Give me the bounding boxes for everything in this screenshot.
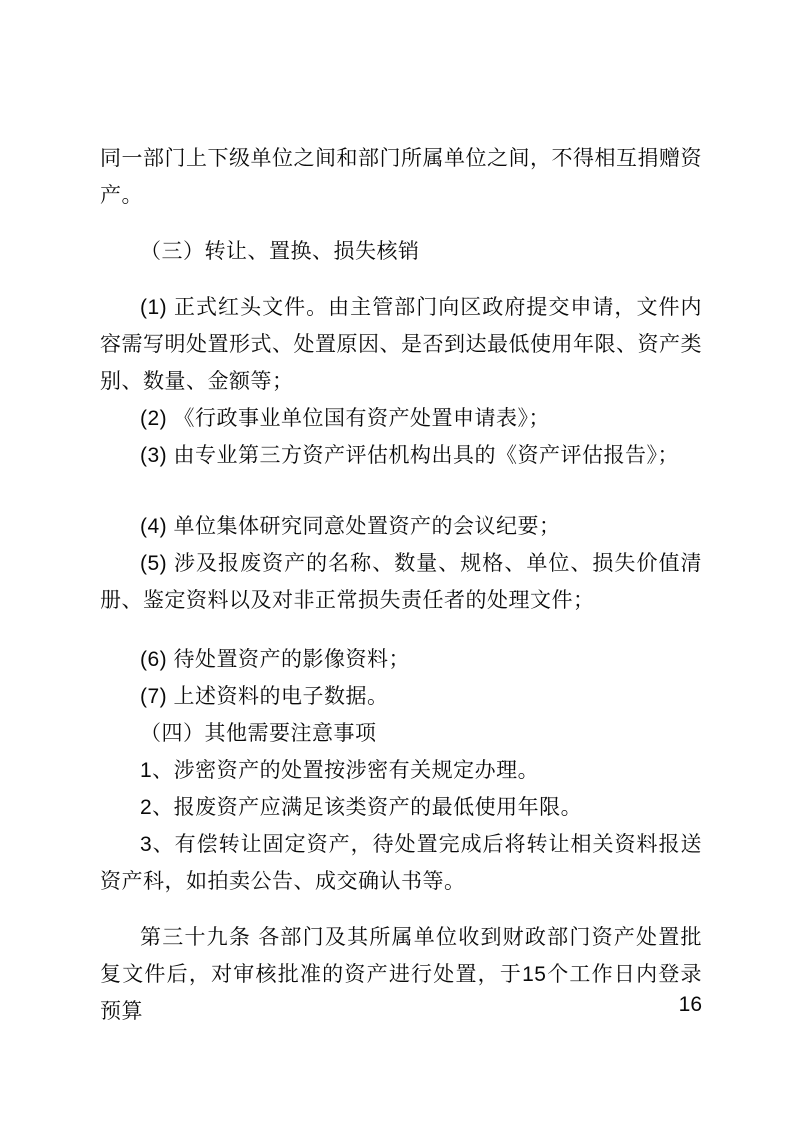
section-heading-4: （四）其他需要注意事项: [100, 715, 702, 752]
note-item-2: 2、报废资产应满足该类资产的最低使用年限。: [100, 789, 702, 826]
body-paragraph-continuation: 同一部门上下级单位之间和部门所属单位之间，不得相互捐赠资产。: [100, 140, 702, 214]
list-item-6: (6) 待处置资产的影像资料；: [100, 641, 702, 678]
section-heading-3: （三）转让、置换、损失核销: [100, 233, 702, 270]
list-item-7: (7) 上述资料的电子数据。: [100, 678, 702, 715]
list-item-1: (1) 正式红头文件。由主管部门向区政府提交申请，文件内容需写明处置形式、处置原…: [100, 289, 702, 400]
list-item-5: (5) 涉及报废资产的名称、数量、规格、单位、损失价值清册、鉴定资料以及对非正常…: [100, 545, 702, 619]
note-item-1: 1、涉密资产的处置按涉密有关规定办理。: [100, 752, 702, 789]
document-body: 同一部门上下级单位之间和部门所属单位之间，不得相互捐赠资产。 （三）转让、置换、…: [100, 140, 702, 1030]
note-item-3: 3、有偿转让固定资产，待处置完成后将转让相关资料报送资产科，如拍卖公告、成交确认…: [100, 826, 702, 900]
document-page: 同一部门上下级单位之间和部门所属单位之间，不得相互捐赠资产。 （三）转让、置换、…: [0, 0, 793, 1122]
list-item-4: (4) 单位集体研究同意处置资产的会议纪要；: [100, 508, 702, 545]
list-item-2: (2) 《行政事业单位国有资产处置申请表》；: [100, 400, 702, 437]
page-number: 16: [100, 993, 702, 1017]
list-item-3: (3) 由专业第三方资产评估机构出具的《资产评估报告》；: [100, 437, 702, 474]
